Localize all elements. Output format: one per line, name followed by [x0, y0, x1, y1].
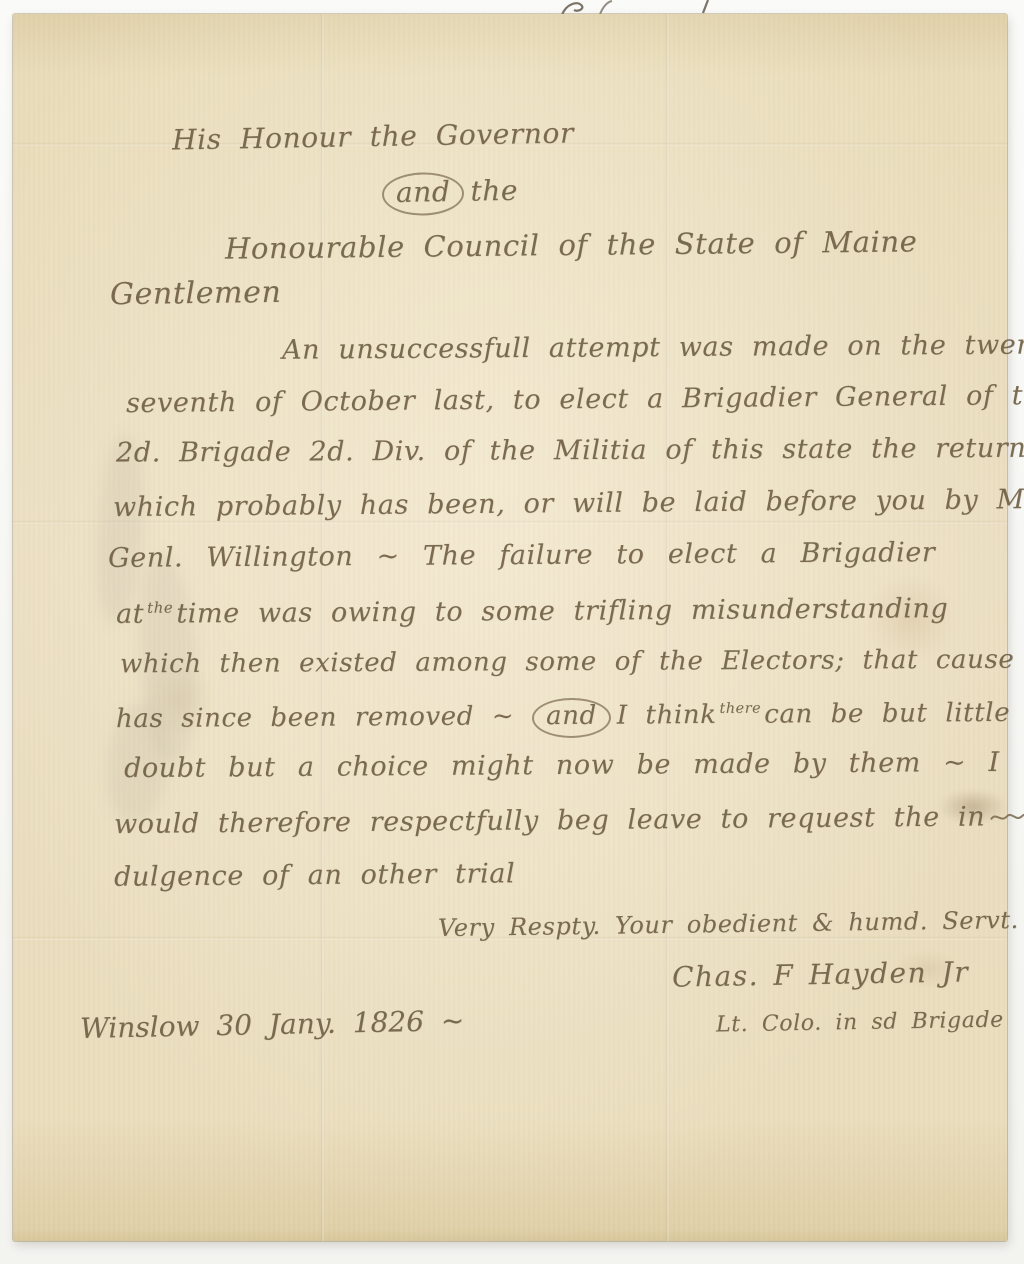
- body-line-9: doubt but a choice might now be made by …: [124, 747, 1000, 784]
- body-line-8-pre: has since been removed ~: [116, 701, 514, 734]
- body-line-3: 2d. Brigade 2d. Div. of the Militia of t…: [116, 432, 1024, 468]
- salutation: Gentlemen: [110, 275, 282, 312]
- inserted-word-there: there: [719, 701, 761, 717]
- address-line-2-rest: the: [470, 174, 518, 208]
- body-line-8-mid: I think: [617, 700, 717, 731]
- address-line-1: His Honour the Governor: [172, 116, 574, 156]
- body-line-1: An unsuccessfull attempt was made on the…: [282, 329, 1024, 365]
- body-line-11: dulgence of an other trial: [114, 858, 515, 893]
- body-line-7: which then existed among some of the Ele…: [120, 645, 1015, 680]
- signature: Chas. F Hayden Jr: [672, 955, 970, 993]
- body-line-6-pre: at: [116, 599, 144, 630]
- signature-rank: Lt. Colo. in sd Brigade: [716, 1007, 1004, 1037]
- circled-word-and: and: [532, 698, 611, 739]
- body-line-6: atthetime was owing to some trifling mis…: [116, 593, 949, 630]
- body-line-6-post: time was owing to some trifling misunder…: [176, 593, 948, 629]
- vertical-fold-right: [665, 14, 670, 1241]
- body-line-5: Genl. Willington ~ The failure to elect …: [108, 537, 936, 574]
- circled-word-and: and: [382, 172, 465, 216]
- scratched-out-word: [989, 809, 1024, 826]
- address-line-2: andthe: [382, 171, 519, 216]
- body-line-8: has since been removed ~ andI thinkthere…: [116, 695, 1010, 741]
- scanned-letter-page: His Honour the Governor andthe Honourabl…: [0, 0, 1024, 1264]
- body-line-8-post: can be but little: [764, 698, 1010, 730]
- address-line-3: Honourable Council of the State of Maine: [225, 224, 918, 265]
- inserted-word-the: the: [147, 598, 173, 616]
